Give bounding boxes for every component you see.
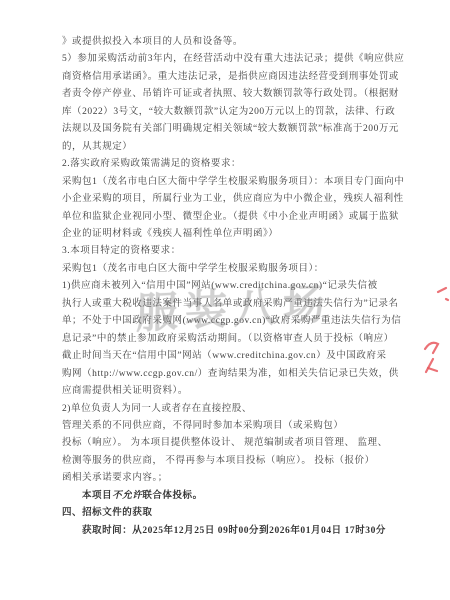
text-line: 库（2022）3号文，“较大数额罚款”认定为200万元以上的罚款，法律、行政 <box>62 104 398 121</box>
text-line: 采购包1（茂名市电白区大衙中学学生校服采购服务项目）：本项目专门面向中 <box>62 174 398 191</box>
text-line: 投标（响应）。 为本项目提供整体设计、 规范编制或者项目管理、 监理、 <box>62 435 398 452</box>
text-segment: 3.本项目特定的资格要求： <box>62 246 181 256</box>
text-segment: 者责令停产停业、吊销许可证或者执照、较大数额罚款等行政处罚。（根据财 <box>62 89 399 99</box>
text-segment: 企业的证明材料或《残疾人福利性单位声明函》） <box>62 229 278 239</box>
text-line: 管理关系的不同供应商，不得同时参加本采购项目（或采购包） <box>62 418 398 435</box>
text-line: 2.落实政府采购政策需满足的资格要求： <box>62 156 398 173</box>
text-line: 法规以及国务院有关部门明确规定相关领域“较大数额罚款”标准高于200万元 <box>62 121 398 138</box>
text-line: 单；不处于中国政府采购网(www.ccgp.gov.cn)“政府采购严重违法失信… <box>62 313 398 330</box>
text-line: 检测等服务的供应商， 不得再参与本项目投标（响应）。 投标（报价） <box>62 453 398 470</box>
text-segment: 购网（http://www.ccgp.gov.cn/）查询结果为准，如相关失信记… <box>62 369 399 379</box>
text-line: 》或提供拟投入本项目的人员和设备等。 <box>62 34 398 51</box>
document-page: 》或提供拟投入本项目的人员和设备等。5）参加采购活动前3年内，在经营活动中没有重… <box>0 0 450 600</box>
text-line: 商资格信用承诺函》。重大违法记录，是指供应商因违法经营受到刑事处罚或 <box>62 69 398 86</box>
text-line: 企业的证明材料或《残疾人福利性单位声明函》） <box>62 226 398 243</box>
text-line: 2)单位负责人为同一人或者存在直接控股、 <box>62 401 398 418</box>
text-line: 应商需提供相关证明资料）。 <box>62 383 398 400</box>
text-line: 5）参加采购活动前3年内，在经营活动中没有重大违法记录；提供《响应供应 <box>62 51 398 68</box>
text-segment: 》或提供拟投入本项目的人员和设备等。 <box>62 37 243 47</box>
text-segment: 执行人或重大税收违法案件当事人名单或政府采购严重违法失信行为”记录名 <box>62 299 398 309</box>
text-segment: 函相关承诺要求内容。； <box>62 473 168 483</box>
text-line: 单位和监狱企业视同小型、微型企业。（提供《中小企业声明函》或属于监狱 <box>62 209 398 226</box>
text-line: 执行人或重大税收违法案件当事人名单或政府采购严重违法失信行为”记录名 <box>62 296 398 313</box>
text-segment: 息记录”中的禁止参加政府采购活动期间。（以资格审查人员于投标（响应） <box>62 334 394 344</box>
text-line: 函相关承诺要求内容。； <box>62 470 398 487</box>
text-segment: 检测等服务的供应商， 不得再参与本项目投标（响应）。 投标（报价） <box>62 456 375 466</box>
text-line: 小企业采购的项目，所属行业为工业，供应商应为中小微企业，残疾人福利性 <box>62 191 398 208</box>
document-body: 》或提供拟投入本项目的人员和设备等。5）参加采购活动前3年内，在经营活动中没有重… <box>62 34 398 540</box>
text-segment: 截止时间当天在“信用中国”网站（www.creditchina.gov.cn）及… <box>62 351 387 361</box>
text-line: 3.本项目特定的资格要求： <box>62 243 398 260</box>
text-line: 本项目不允许联合体投标。 <box>62 488 398 505</box>
text-segment: 单位和监狱企业视同小型、微型企业。（提供《中小企业声明函》或属于监狱 <box>62 212 399 222</box>
text-segment: 单；不处于中国政府采购网(www.ccgp.gov.cn)“政府采购严重违法失信… <box>62 316 401 326</box>
text-segment: 2)单位负责人为同一人或者存在直接控股、 <box>62 404 252 414</box>
text-segment: 5）参加采购活动前3年内，在经营活动中没有重大违法记录；提供《响应供应 <box>62 54 404 64</box>
text-segment: 获取时间： <box>82 526 132 536</box>
text-segment: 从2025年12月25日 09时00分到2026年01月04日 17时30分 <box>132 526 386 536</box>
text-segment: 的，从其规定） <box>62 142 132 152</box>
text-segment: 采购包1（茂名市电白区大衙中学学生校服采购服务项目）： <box>62 264 324 274</box>
text-line: 息记录”中的禁止参加政府采购活动期间。（以资格审查人员于投标（响应） <box>62 331 398 348</box>
text-segment: 管理关系的不同供应商，不得同时参加本采购项目（或采购包） <box>62 421 343 431</box>
text-line: 采购包1（茂名市电白区大衙中学学生校服采购服务项目）： <box>62 261 398 278</box>
text-segment: 应商需提供相关证明资料）。 <box>62 386 188 396</box>
text-line: 1)供应商未被列入“信用中国”网站(www.creditchina.gov.cn… <box>62 278 398 295</box>
text-segment: 不允许 <box>112 491 142 501</box>
text-line: 购网（http://www.ccgp.gov.cn/）查询结果为准，如相关失信记… <box>62 366 398 383</box>
text-segment: 投标（响应）。 为本项目提供整体设计、 规范编制或者项目管理、 监理、 <box>62 438 388 448</box>
text-segment: 库（2022）3号文，“较大数额罚款”认定为200万元以上的罚款，法律、行政 <box>62 107 395 117</box>
text-segment: 采购包1（茂名市电白区大衙中学学生校服采购服务项目）：本项目专门面向中 <box>62 177 404 187</box>
text-line: 者责令停产停业、吊销许可证或者执照、较大数额罚款等行政处罚。（根据财 <box>62 86 398 103</box>
text-segment: 本项目 <box>82 491 112 501</box>
text-line: 截止时间当天在“信用中国”网站（www.creditchina.gov.cn）及… <box>62 348 398 365</box>
red-handwriting-marks <box>410 280 450 390</box>
text-segment: 1)供应商未被列入“信用中国”网站(www.creditchina.gov.cn… <box>62 281 378 291</box>
text-line: 的，从其规定） <box>62 139 398 156</box>
text-line: 四、招标文件的获取 <box>62 505 398 522</box>
text-segment: 联合体投标。 <box>142 491 202 501</box>
text-segment: 2.落实政府采购政策需满足的资格要求： <box>62 159 241 169</box>
text-segment: 小企业采购的项目，所属行业为工业，供应商应为中小微企业，残疾人福利性 <box>62 194 404 204</box>
text-line: 获取时间：从2025年12月25日 09时00分到2026年01月04日 17时… <box>62 523 398 540</box>
text-segment: 商资格信用承诺函》。重大违法记录，是指供应商因违法经营受到刑事处罚或 <box>62 72 399 82</box>
text-segment: 法规以及国务院有关部门明确规定相关领域“较大数额罚款”标准高于200万元 <box>62 124 399 134</box>
text-segment: 四、招标文件的获取 <box>62 508 152 518</box>
